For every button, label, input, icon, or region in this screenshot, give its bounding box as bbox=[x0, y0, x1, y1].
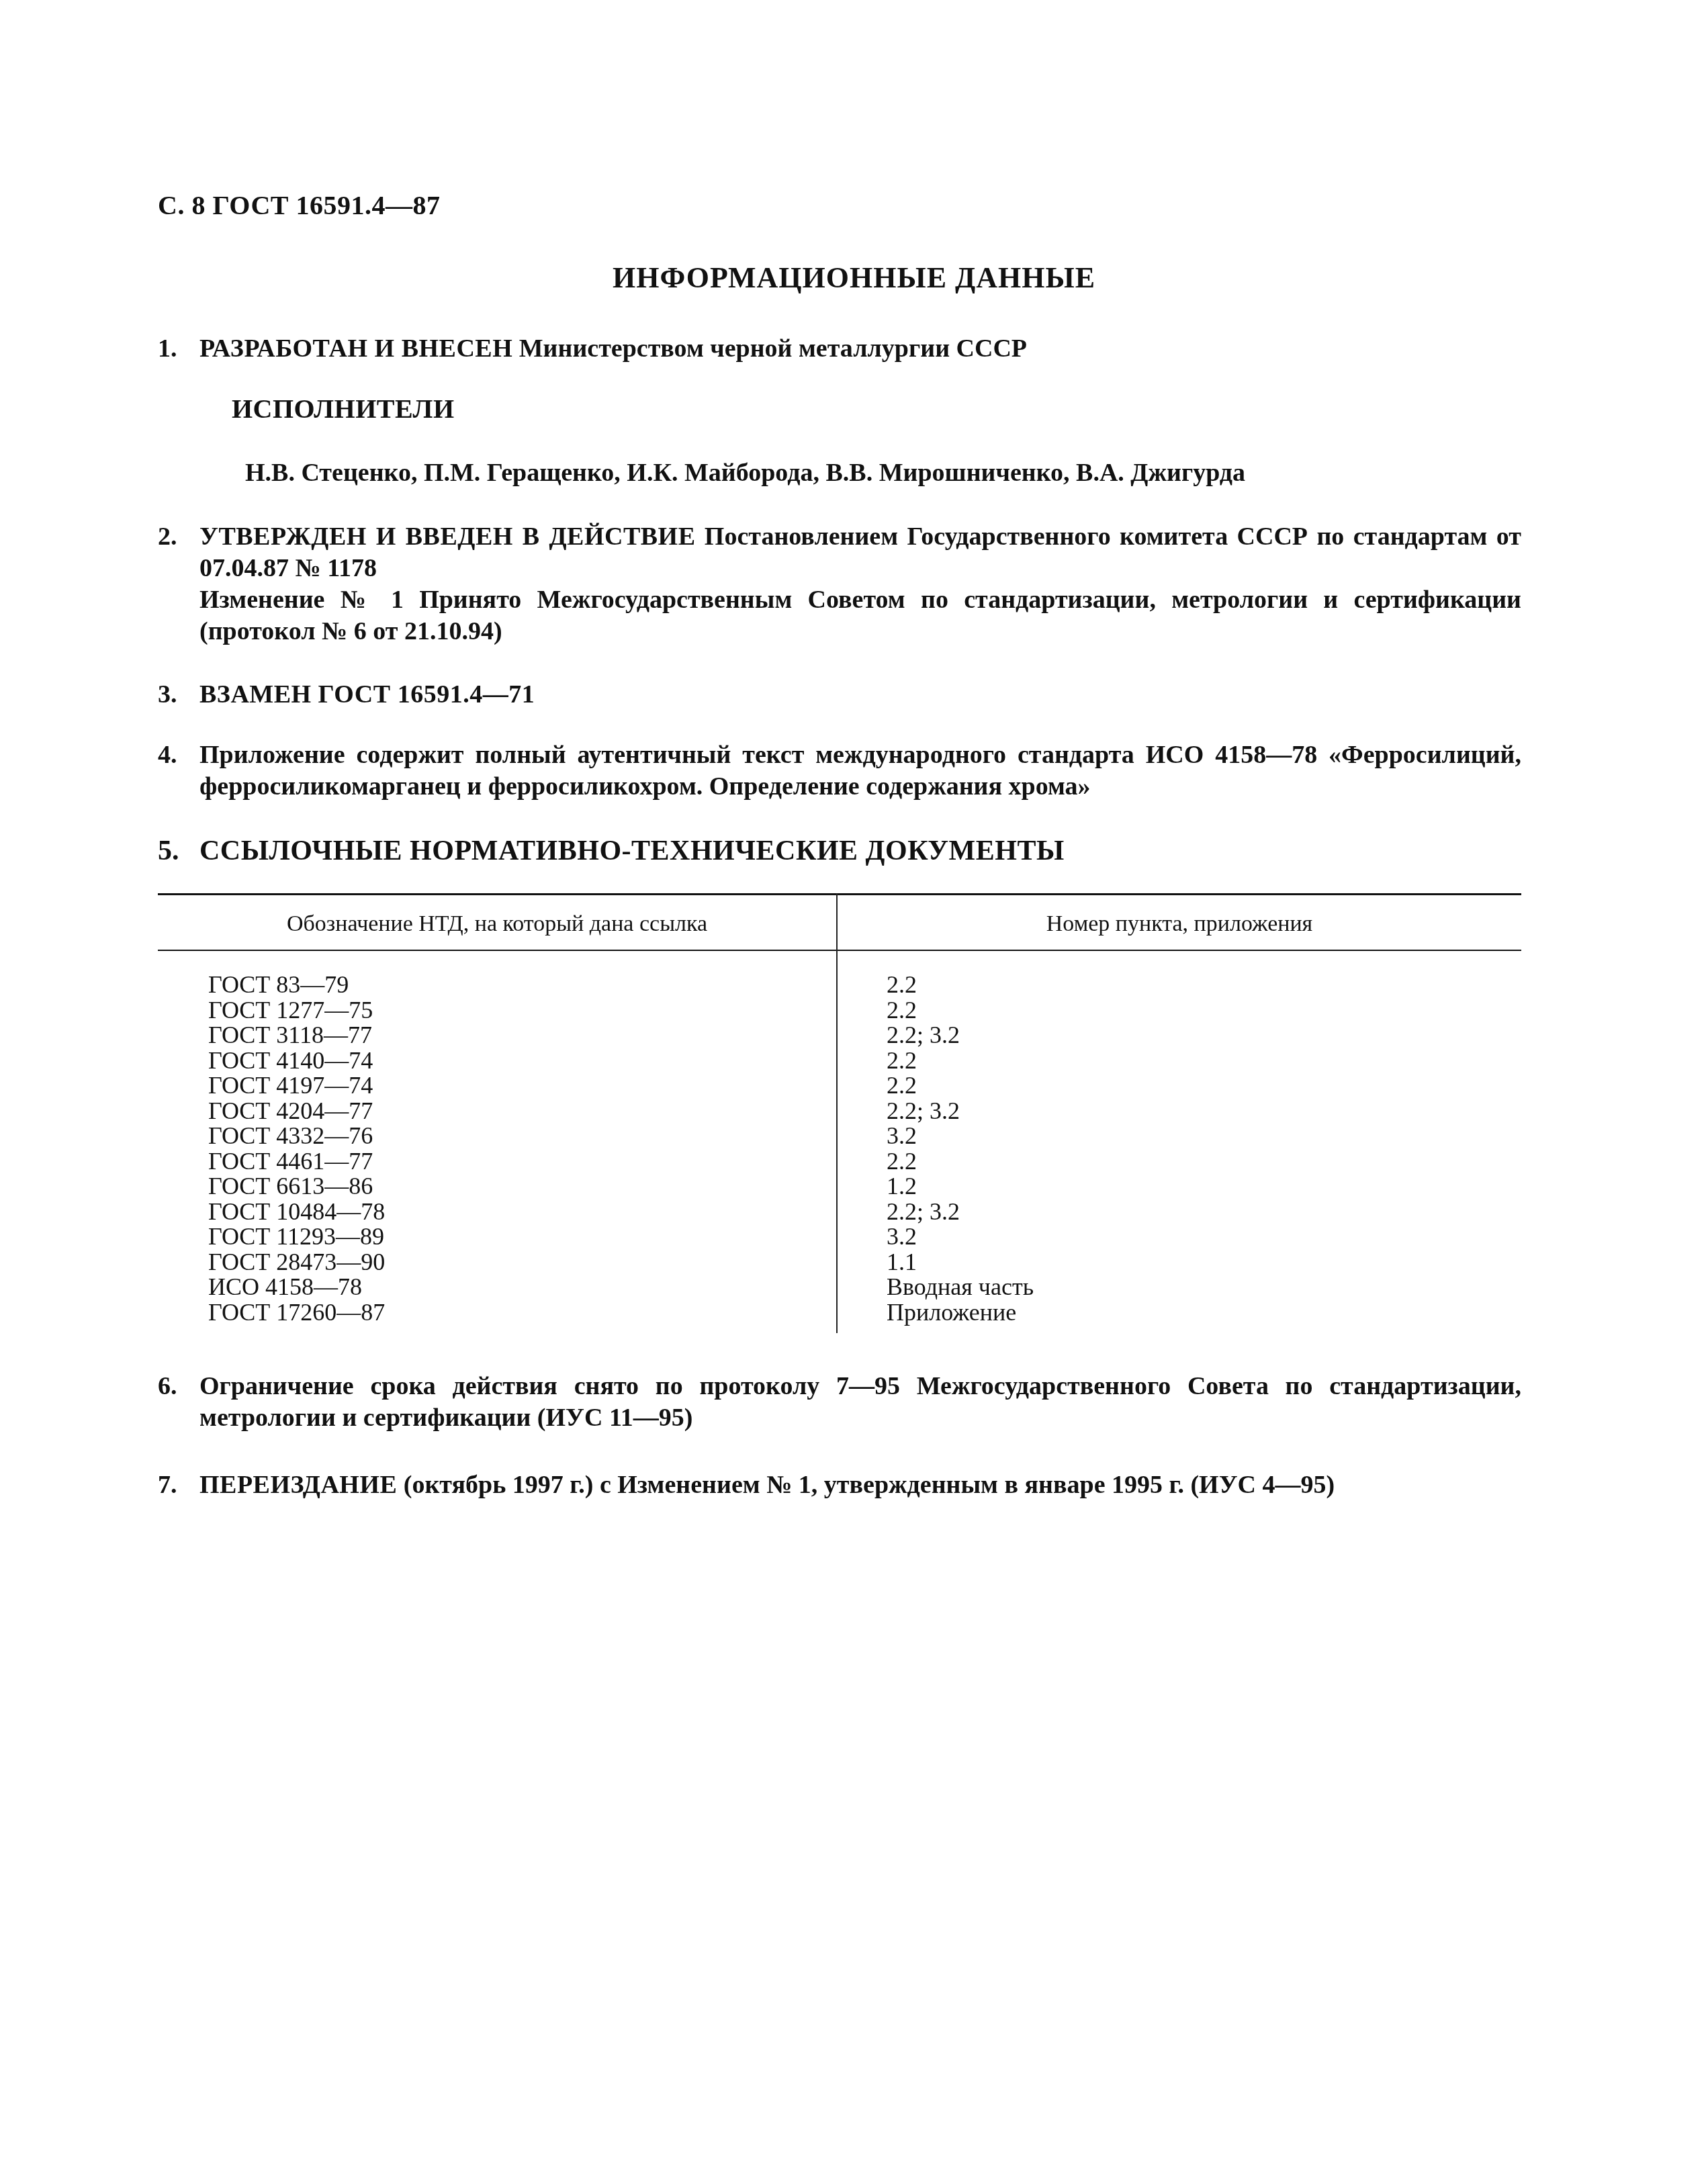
item-amendment: Изменение № 1 Принято Межгосударственным… bbox=[199, 584, 1521, 647]
table-row: ГОСТ 17260—87Приложение bbox=[158, 1300, 1521, 1326]
clause-number: 3.2 bbox=[887, 1124, 917, 1149]
document-title: ИНФОРМАЦИОННЫЕ ДАННЫЕ bbox=[0, 261, 1708, 295]
page-header: С. 8 ГОСТ 16591.4—87 bbox=[158, 189, 441, 221]
table-body: ГОСТ 83—792.2ГОСТ 1277—752.2ГОСТ 3118—77… bbox=[158, 972, 1521, 1325]
document-designation: ГОСТ 28473—90 bbox=[208, 1250, 385, 1275]
table-row: ГОСТ 4197—742.2 bbox=[158, 1073, 1521, 1099]
clause-number: 2.2; 3.2 bbox=[887, 1023, 960, 1048]
executors-heading: ИСПОЛНИТЕЛИ bbox=[232, 393, 455, 424]
item-caps: ВЗАМЕН ГОСТ 16591.4—71 bbox=[199, 680, 535, 709]
item-number: 5. bbox=[158, 835, 179, 867]
item-number: 2. bbox=[158, 521, 177, 553]
table-top-rule bbox=[158, 893, 1521, 895]
section-heading: ССЫЛОЧНЫЕ НОРМАТИВНО-ТЕХНИЧЕСКИЕ ДОКУМЕН… bbox=[199, 835, 1065, 866]
item-caps: УТВЕРЖДЕН И ВВЕДЕН В ДЕЙСТВИЕ bbox=[199, 522, 695, 551]
item-text: (октябрь 1997 г.) с Изменением № 1, утве… bbox=[397, 1471, 1335, 1499]
info-item-4: 4. Приложение содержит полный аутентичны… bbox=[158, 739, 1521, 803]
document-designation: ГОСТ 4461—77 bbox=[208, 1149, 373, 1175]
reference-documents-table: Обозначение НТД, на который дана ссылка … bbox=[158, 893, 1521, 1336]
info-item-2: 2. УТВЕРЖДЕН И ВВЕДЕН В ДЕЙСТВИЕ Постано… bbox=[158, 521, 1521, 647]
item-number: 3. bbox=[158, 679, 177, 711]
item-text: Министерством черной металлургии СССР bbox=[512, 334, 1027, 363]
document-designation: ГОСТ 11293—89 bbox=[208, 1224, 384, 1250]
item-number: 7. bbox=[158, 1469, 177, 1501]
clause-number: 2.2 bbox=[887, 998, 917, 1023]
info-item-6: 6. Ограничение срока действия снято по п… bbox=[158, 1371, 1521, 1434]
table-row: ГОСТ 11293—893.2 bbox=[158, 1224, 1521, 1250]
document-designation: ИСО 4158—78 bbox=[208, 1275, 362, 1300]
info-item-3: 3. ВЗАМЕН ГОСТ 16591.4—71 bbox=[158, 679, 1521, 711]
clause-number: 2.2 bbox=[887, 972, 917, 998]
clause-number: 1.1 bbox=[887, 1250, 917, 1275]
clause-number: 2.2 bbox=[887, 1149, 917, 1175]
table-row: ГОСТ 6613—861.2 bbox=[158, 1174, 1521, 1199]
table-row: ГОСТ 1277—752.2 bbox=[158, 998, 1521, 1023]
executors-names: Н.В. Стеценко, П.М. Геращенко, И.К. Майб… bbox=[245, 458, 1245, 488]
table-row: ГОСТ 4204—772.2; 3.2 bbox=[158, 1099, 1521, 1124]
table-header-designation: Обозначение НТД, на который дана ссылка bbox=[158, 911, 836, 937]
table-row: ГОСТ 4140—742.2 bbox=[158, 1048, 1521, 1074]
clause-number: Приложение bbox=[887, 1300, 1016, 1326]
clause-number: 2.2 bbox=[887, 1073, 917, 1099]
clause-number: 2.2; 3.2 bbox=[887, 1099, 960, 1124]
document-designation: ГОСТ 4332—76 bbox=[208, 1124, 373, 1149]
table-header-rule bbox=[158, 950, 1521, 951]
info-item-7: 7. ПЕРЕИЗДАНИЕ (октябрь 1997 г.) с Измен… bbox=[158, 1469, 1555, 1501]
clause-number: 1.2 bbox=[887, 1174, 917, 1199]
document-designation: ГОСТ 1277—75 bbox=[208, 998, 373, 1023]
clause-number: 2.2; 3.2 bbox=[887, 1199, 960, 1225]
table-row: ГОСТ 28473—901.1 bbox=[158, 1250, 1521, 1275]
item-caps: РАЗРАБОТАН И ВНЕСЕН bbox=[199, 334, 512, 363]
item-text: Приложение содержит полный аутентичный т… bbox=[199, 739, 1521, 803]
item-number: 4. bbox=[158, 739, 177, 771]
table-row: ГОСТ 10484—782.2; 3.2 bbox=[158, 1199, 1521, 1225]
table-header-clause: Номер пункта, приложения bbox=[838, 911, 1521, 937]
item-number: 1. bbox=[158, 333, 177, 365]
document-designation: ГОСТ 4204—77 bbox=[208, 1099, 373, 1124]
document-designation: ГОСТ 83—79 bbox=[208, 972, 349, 998]
item-number: 6. bbox=[158, 1371, 177, 1402]
clause-number: 3.2 bbox=[887, 1224, 917, 1250]
table-row: ГОСТ 3118—772.2; 3.2 bbox=[158, 1023, 1521, 1048]
table-row: ГОСТ 83—792.2 bbox=[158, 972, 1521, 998]
document-designation: ГОСТ 6613—86 bbox=[208, 1174, 373, 1199]
item-caps: ПЕРЕИЗДАНИЕ bbox=[199, 1471, 397, 1499]
document-designation: ГОСТ 4197—74 bbox=[208, 1073, 373, 1099]
document-designation: ГОСТ 3118—77 bbox=[208, 1023, 372, 1048]
document-designation: ГОСТ 4140—74 bbox=[208, 1048, 373, 1074]
table-row: ИСО 4158—78Вводная часть bbox=[158, 1275, 1521, 1300]
item-text: Ограничение срока действия снято по прот… bbox=[199, 1371, 1521, 1434]
info-item-5: 5. ССЫЛОЧНЫЕ НОРМАТИВНО-ТЕХНИЧЕСКИЕ ДОКУ… bbox=[158, 835, 1521, 867]
document-designation: ГОСТ 17260—87 bbox=[208, 1300, 385, 1326]
clause-number: Вводная часть bbox=[887, 1275, 1034, 1300]
document-designation: ГОСТ 10484—78 bbox=[208, 1199, 385, 1225]
table-row: ГОСТ 4461—772.2 bbox=[158, 1149, 1521, 1175]
info-item-1: 1. РАЗРАБОТАН И ВНЕСЕН Министерством чер… bbox=[158, 333, 1521, 365]
table-row: ГОСТ 4332—763.2 bbox=[158, 1124, 1521, 1149]
clause-number: 2.2 bbox=[887, 1048, 917, 1074]
